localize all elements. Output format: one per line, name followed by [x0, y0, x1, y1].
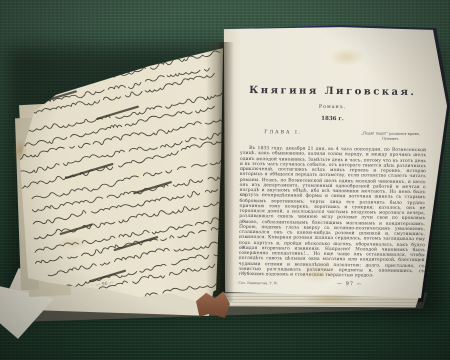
- body-paragraph: Въ 1833 году, декабря 21 дня, въ 4 часа …: [239, 146, 427, 279]
- margin-line-number: 5: [233, 167, 244, 172]
- printed-page: Княгиня Лиговская. Романъ. 1836 г. ГЛАВА…: [220, 24, 450, 306]
- page-footer: Соч. Лермонтова. Т. IV. — 97 — 7: [226, 280, 434, 289]
- page-number-right: — 97 —: [337, 282, 363, 288]
- footer-edition: Соч. Лермонтова. Т. IV.: [238, 281, 277, 285]
- printed-page-content: Княгиня Лиговская. Романъ. 1836 г. ГЛАВА…: [226, 25, 437, 289]
- margin-line-number: 10: [232, 193, 245, 198]
- page-year: 1836 г.: [228, 115, 436, 124]
- margin-line-number: 15: [232, 219, 245, 224]
- epigraph-source: Пушкинъ.: [382, 136, 400, 140]
- epigraph: „Поди! поди!“ раздался крикъ. Пушкинъ.: [361, 131, 420, 141]
- page-subtitle: Романъ.: [229, 104, 437, 112]
- body-text: 5 10 15 20 25 Въ 1833 году, декабря 21 д…: [239, 146, 427, 280]
- gutter-shadow: [206, 42, 234, 302]
- photo-open-book: Княгиня Лиговская. Романъ. 1836 г. ГЛАВА…: [0, 0, 450, 360]
- page-title: Княгиня Лиговская.: [229, 85, 437, 99]
- chapter-heading: ГЛАВА I.: [264, 130, 302, 135]
- chapter-row: ГЛАВА I. „Поди! поди!“ раздался крикъ. П…: [228, 130, 436, 142]
